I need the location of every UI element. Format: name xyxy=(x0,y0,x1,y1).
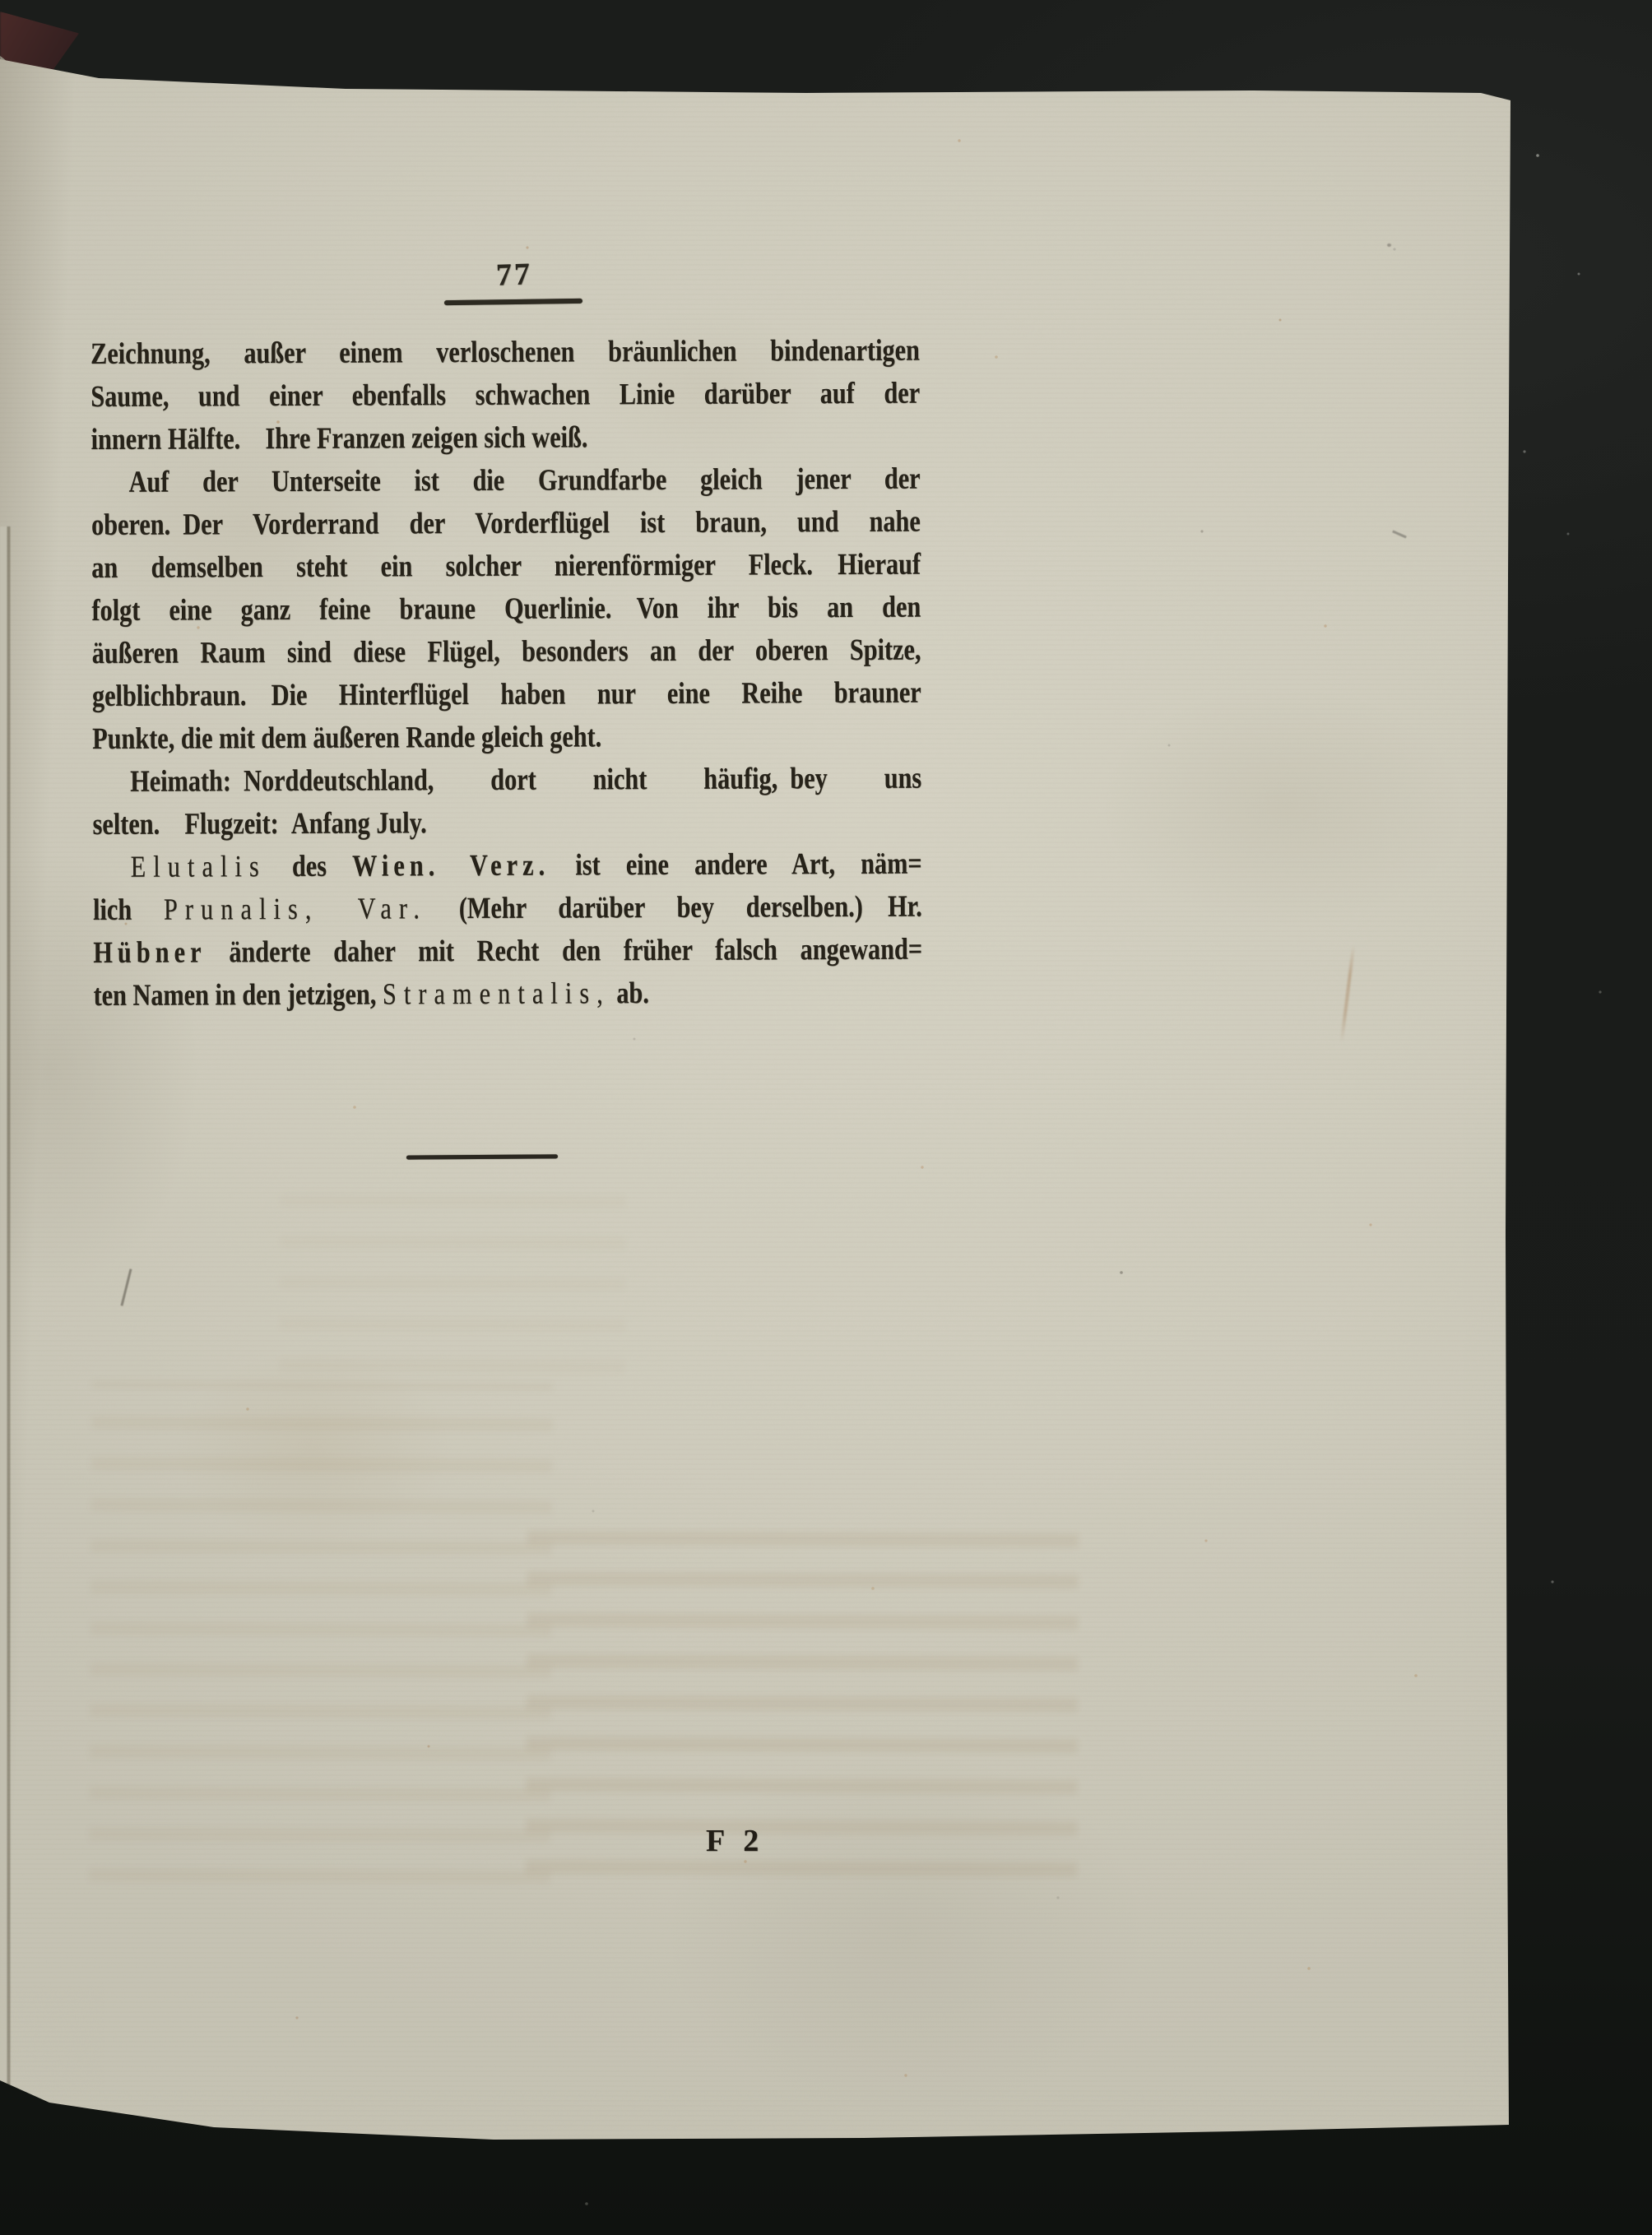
text-line: gelblichbraun. Die Hinterflügel haben nu… xyxy=(92,672,921,718)
text-line: folgt eine ganz feine braune Querlinie. … xyxy=(91,587,921,633)
paper-blemish xyxy=(1387,243,1391,247)
text-segment: selten. Flugzeit: Anfang July. xyxy=(93,806,427,842)
screenshot-root: { "document": { "kind": "scanned book pa… xyxy=(0,0,1652,2235)
text-line: selten. Flugzeit: Anfang July. xyxy=(92,800,921,846)
page-number: 77 xyxy=(427,253,601,295)
text-line: oberen. Der Vorderrand der Vorderflügel … xyxy=(91,501,921,547)
text-segment: an demselben steht ein solcher nierenför… xyxy=(91,548,921,585)
text-segment-letterspaced: Wien. Verz. xyxy=(352,849,550,883)
text-segment: innern Hälfte. Ihre Franzen zeigen sich … xyxy=(90,420,587,457)
text-line: Elutalis des Wien. Verz. ist eine andere… xyxy=(93,843,922,889)
text-line: innern Hälfte. Ihre Franzen zeigen sich … xyxy=(90,415,920,461)
text-segment: ab. xyxy=(610,976,649,1010)
text-line: Saume, und einer ebenfalls schwachen Lin… xyxy=(90,373,920,419)
text-segment-antiqua: Prunalis, Var. xyxy=(164,892,427,926)
text-segment: (Mehr darüber bey derselben.) Hr. xyxy=(427,890,922,926)
text-segment: Zeichnung, außer einem verloschenen bräu… xyxy=(90,334,920,371)
scan-background: 77 Zeichnung, außer einem verloschenen b… xyxy=(0,0,1652,2235)
text-segment: äußeren Raum sind diese Flügel, besonder… xyxy=(92,633,921,670)
text-segment: des xyxy=(267,850,353,883)
text-line: Heimath: Norddeutschland, dort nicht häu… xyxy=(92,758,921,804)
show-through-text xyxy=(526,1512,1079,1902)
text-segment-antiqua: Stramentalis, xyxy=(383,976,610,1011)
text-segment: Punkte, die mit dem äußeren Rande gleich… xyxy=(92,720,601,756)
text-segment: folgt eine ganz feine braune Querlinie. … xyxy=(91,591,921,628)
text-segment: ten Namen in den jetzigen, xyxy=(93,977,383,1013)
scanner-dust xyxy=(0,0,2,2)
text-segment-letterspaced: Hübner xyxy=(93,935,206,970)
book-page: 77 Zeichnung, außer einem verloschenen b… xyxy=(0,0,1652,2235)
text-segment: oberen. Der Vorderrand der Vorderflügel … xyxy=(91,505,921,542)
text-segment: änderte daher mit Recht den früher falsc… xyxy=(206,933,922,970)
text-line: Hübner änderte daher mit Recht den frühe… xyxy=(93,929,922,975)
show-through-text xyxy=(89,1381,552,1910)
text-line: äußeren Raum sind diese Flügel, besonder… xyxy=(92,629,921,675)
signature-mark: F 2 xyxy=(706,1823,764,1859)
text-line: an demselben steht ein solcher nierenför… xyxy=(91,544,921,590)
text-segment: gelblichbraun. Die Hinterflügel haben nu… xyxy=(92,676,921,713)
text-line: Punkte, die mit dem äußeren Rande gleich… xyxy=(92,715,921,761)
text-segment: Saume, und einer ebenfalls schwachen Lin… xyxy=(90,377,920,414)
text-segment: Auf der Unterseite ist die Grundfarbe gl… xyxy=(129,462,921,499)
text-segment: Heimath: Norddeutschland, dort nicht häu… xyxy=(130,762,921,799)
text-segment: lich xyxy=(93,893,164,927)
text-line: lich Prunalis, Var. (Mehr darüber bey de… xyxy=(93,886,922,932)
text-block: Zeichnung, außer einem verloschenen bräu… xyxy=(90,330,922,1018)
text-segment: ist eine andere Art, näm= xyxy=(550,847,922,883)
text-line: Zeichnung, außer einem verloschenen bräu… xyxy=(90,330,920,376)
text-line: Auf der Unterseite ist die Grundfarbe gl… xyxy=(91,458,921,504)
text-segment-antiqua: Elutalis xyxy=(131,850,267,884)
show-through-text xyxy=(279,1184,625,1399)
gutter-fold-line xyxy=(0,526,13,2085)
text-line: ten Namen in den jetzigen, Stramentalis,… xyxy=(93,971,922,1018)
